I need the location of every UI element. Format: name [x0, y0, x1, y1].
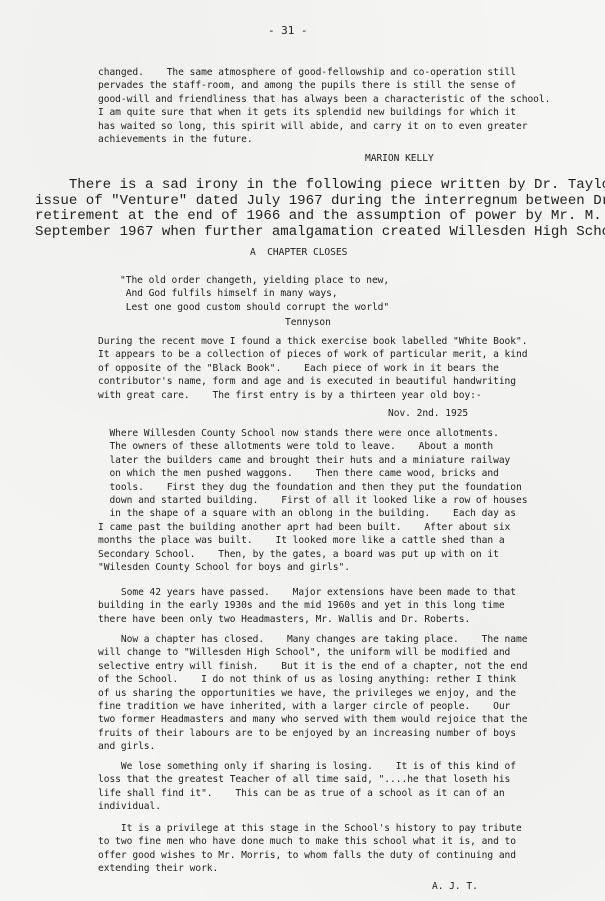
epigraph-author: Tennyson — [285, 316, 331, 329]
editorial-intro-paragraph: There is a sad irony in the following pi… — [35, 178, 605, 240]
text-line: has waited so long, this spirit will abi… — [98, 120, 550, 133]
text-line: there have been only two Headmasters, Mr… — [98, 613, 516, 626]
text-line: tools. First they dug the foundation and… — [98, 481, 527, 494]
text-line: with great care. The first entry is by a… — [98, 389, 527, 402]
text-line: retirement at the end of 1966 and the as… — [35, 209, 605, 225]
text-line: "The old order changeth, yielding place … — [120, 274, 389, 287]
text-line: will change to "Willesden High School", … — [98, 646, 527, 659]
kelly-signature: MARION KELLY — [365, 152, 434, 165]
text-line: in the shape of a square with an oblong … — [98, 507, 527, 520]
article-paragraph-1: During the recent move I found a thick e… — [98, 335, 527, 402]
text-line: I came past the building another aprt ha… — [98, 521, 527, 534]
kelly-closing-paragraph: changed. The same atmosphere of good-fel… — [98, 66, 550, 146]
text-line: two former Headmasters and many who serv… — [98, 713, 527, 726]
article-paragraph-5: It is a privilege at this stage in the S… — [98, 822, 522, 876]
text-line: "Wilesden County School for boys and gir… — [98, 561, 527, 574]
text-line: Some 42 years have passed. Major extensi… — [98, 586, 516, 599]
entry-date: Nov. 2nd. 1925 — [388, 407, 468, 420]
text-line: Secondary School. Then, by the gates, a … — [98, 548, 527, 561]
text-line: months the place was built. It looked mo… — [98, 534, 527, 547]
text-line: pervades the staff-room, and among the p… — [98, 79, 550, 92]
text-line: of opposite of the "Black Book". Each pi… — [98, 362, 527, 375]
text-line: contributor's name, form and age and is … — [98, 375, 527, 388]
text-line: to two fine men who have done much to ma… — [98, 835, 522, 848]
article-paragraph-2: Some 42 years have passed. Major extensi… — [98, 586, 516, 626]
text-line: offer good wishes to Mr. Morris, to whom… — [98, 849, 522, 862]
text-line: building in the early 1930s and the mid … — [98, 599, 516, 612]
text-line: selective entry will finish. But it is t… — [98, 660, 527, 673]
text-line: Where Willesden County School now stands… — [98, 427, 527, 440]
page-number: - 31 - — [268, 24, 307, 37]
text-line: Lest one good custom should corrupt the … — [120, 301, 389, 314]
epigraph-poem: "The old order changeth, yielding place … — [120, 274, 389, 314]
article-title: A CHAPTER CLOSES — [250, 246, 347, 259]
text-line: achievements in the future. — [98, 133, 550, 146]
article-signature: A. J. T. — [432, 880, 478, 893]
article-paragraph-4: We lose something only if sharing is los… — [98, 760, 516, 814]
text-line: individual. — [98, 800, 516, 813]
text-line: We lose something only if sharing is los… — [98, 760, 516, 773]
text-line: The owners of these allotments were told… — [98, 440, 527, 453]
text-line: fruits of their labours are to be enjoye… — [98, 727, 527, 740]
text-line: good-will and friendliness that has alwa… — [98, 93, 550, 106]
text-line: later the builders came and brought thei… — [98, 454, 527, 467]
text-line: extending their work. — [98, 862, 522, 875]
document-page: - 31 - changed. The same atmosphere of g… — [0, 0, 605, 901]
article-paragraph-3: Now a chapter has closed. Many changes a… — [98, 633, 527, 754]
text-line: During the recent move I found a thick e… — [98, 335, 527, 348]
text-line: And God fulfils himself in many ways, — [120, 287, 389, 300]
text-line: and girls. — [98, 740, 527, 753]
text-line: on which the men pushed waggons. Then th… — [98, 467, 527, 480]
text-line: life shall find it". This can be as true… — [98, 787, 516, 800]
text-line: I am quite sure that when it gets its sp… — [98, 106, 550, 119]
text-line: down and started building. First of all … — [98, 494, 527, 507]
text-line: Now a chapter has closed. Many changes a… — [98, 633, 527, 646]
text-line: of the School. I do not think of us as l… — [98, 673, 527, 686]
text-line: fine tradition we have inherited, with a… — [98, 700, 527, 713]
quoted-entry: Where Willesden County School now stands… — [98, 427, 527, 574]
text-line: September 1967 when further amalgamation… — [35, 225, 605, 241]
text-line: issue of "Venture" dated July 1967 durin… — [35, 194, 605, 210]
text-line: changed. The same atmosphere of good-fel… — [98, 66, 550, 79]
text-line: It appears to be a collection of pieces … — [98, 348, 527, 361]
text-line: of us sharing the opportunities we have,… — [98, 687, 527, 700]
text-line: It is a privilege at this stage in the S… — [98, 822, 522, 835]
text-line: There is a sad irony in the following pi… — [35, 178, 605, 194]
text-line: loss that the greatest Teacher of all ti… — [98, 773, 516, 786]
